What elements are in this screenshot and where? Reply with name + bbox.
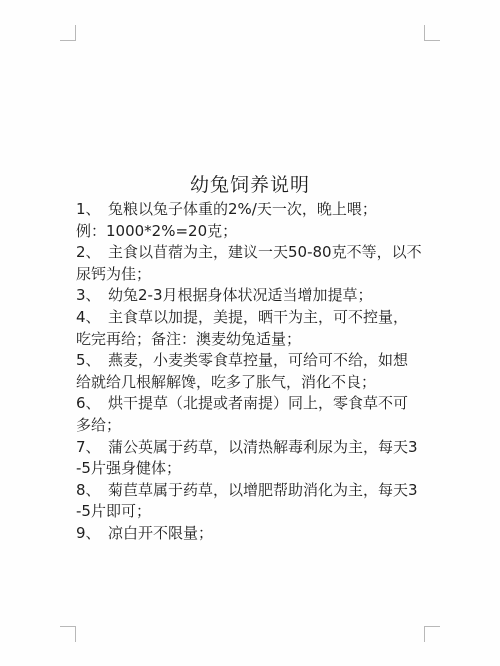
- item-text: -5片即可；: [76, 502, 151, 520]
- list-item-6: 6、烘干提草（北提或者南提）同上，零食草不可: [76, 393, 376, 415]
- item-number: 4、: [76, 307, 108, 329]
- item-text: 给就给几根解解馋，吃多了胀气，消化不良；: [76, 373, 376, 391]
- crop-mark-top-left: [60, 25, 76, 41]
- document-body: 1、兔粮以兔子体重的2%/天一次，晚上喂； 例：1000*2%=20克； 2、主…: [76, 199, 376, 545]
- item-number: 3、: [76, 285, 108, 307]
- list-item-9: 9、凉白开不限量；: [76, 523, 376, 545]
- list-item-3: 3、幼兔2-3月根据身体状况适当增加提草；: [76, 285, 376, 307]
- item-text: 主食以苜蓿为主，建议一天50-80克不等，以不: [108, 243, 422, 261]
- list-item-4: 4、主食草以加提，美提，晒干为主，可不控量，: [76, 307, 376, 329]
- list-item-4-cont: 吃完再给；备注：澳麦幼兔适量；: [76, 329, 376, 351]
- list-item-7-cont: -5片强身健体；: [76, 458, 376, 480]
- item-text: 例：1000*2%=20克；: [76, 222, 237, 240]
- item-text: 主食草以加提，美提，晒干为主，可不控量，: [108, 308, 408, 326]
- item-text: 燕麦，小麦类零食草控量，可给可不给，如想: [108, 351, 408, 369]
- document-page: 幼兔饲养说明 1、兔粮以兔子体重的2%/天一次，晚上喂； 例：1000*2%=2…: [0, 0, 500, 666]
- list-item-8: 8、菊苣草属于药草，以增肥帮助消化为主，每天3: [76, 480, 376, 502]
- item-number: 6、: [76, 393, 108, 415]
- item-text: 凉白开不限量；: [108, 524, 213, 542]
- list-item-1: 1、兔粮以兔子体重的2%/天一次，晚上喂；: [76, 199, 376, 221]
- item-number: 1、: [76, 199, 108, 221]
- crop-mark-top-right: [424, 25, 440, 41]
- item-text: 多给；: [76, 416, 121, 434]
- item-text: -5片强身健体；: [76, 459, 181, 477]
- list-item-5-cont: 给就给几根解解馋，吃多了胀气，消化不良；: [76, 372, 376, 394]
- item-number: 7、: [76, 437, 108, 459]
- item-text: 尿钙为佳；: [76, 265, 151, 283]
- list-item-7: 7、蒲公英属于药草，以清热解毒利尿为主，每天3: [76, 437, 376, 459]
- item-number: 2、: [76, 242, 108, 264]
- list-item-2: 2、主食以苜蓿为主，建议一天50-80克不等，以不: [76, 242, 376, 264]
- item-text: 菊苣草属于药草，以增肥帮助消化为主，每天3: [108, 481, 418, 499]
- item-number: 9、: [76, 523, 108, 545]
- document-title: 幼兔饲养说明: [0, 170, 500, 197]
- list-item-2-cont: 尿钙为佳；: [76, 264, 376, 286]
- item-text: 吃完再给；备注：澳麦幼兔适量；: [76, 330, 301, 348]
- item-text: 蒲公英属于药草，以清热解毒利尿为主，每天3: [108, 438, 418, 456]
- list-item-5: 5、燕麦，小麦类零食草控量，可给可不给，如想: [76, 350, 376, 372]
- item-text: 烘干提草（北提或者南提）同上，零食草不可: [108, 394, 408, 412]
- item-number: 8、: [76, 480, 108, 502]
- item-number: 5、: [76, 350, 108, 372]
- item-text: 幼兔2-3月根据身体状况适当增加提草；: [108, 286, 373, 304]
- list-item-1-example: 例：1000*2%=20克；: [76, 221, 376, 243]
- crop-mark-bottom-right: [424, 626, 440, 642]
- crop-mark-bottom-left: [60, 626, 76, 642]
- list-item-6-cont: 多给；: [76, 415, 376, 437]
- item-text: 兔粮以兔子体重的2%/天一次，晚上喂；: [108, 200, 377, 218]
- list-item-8-cont: -5片即可；: [76, 501, 376, 523]
